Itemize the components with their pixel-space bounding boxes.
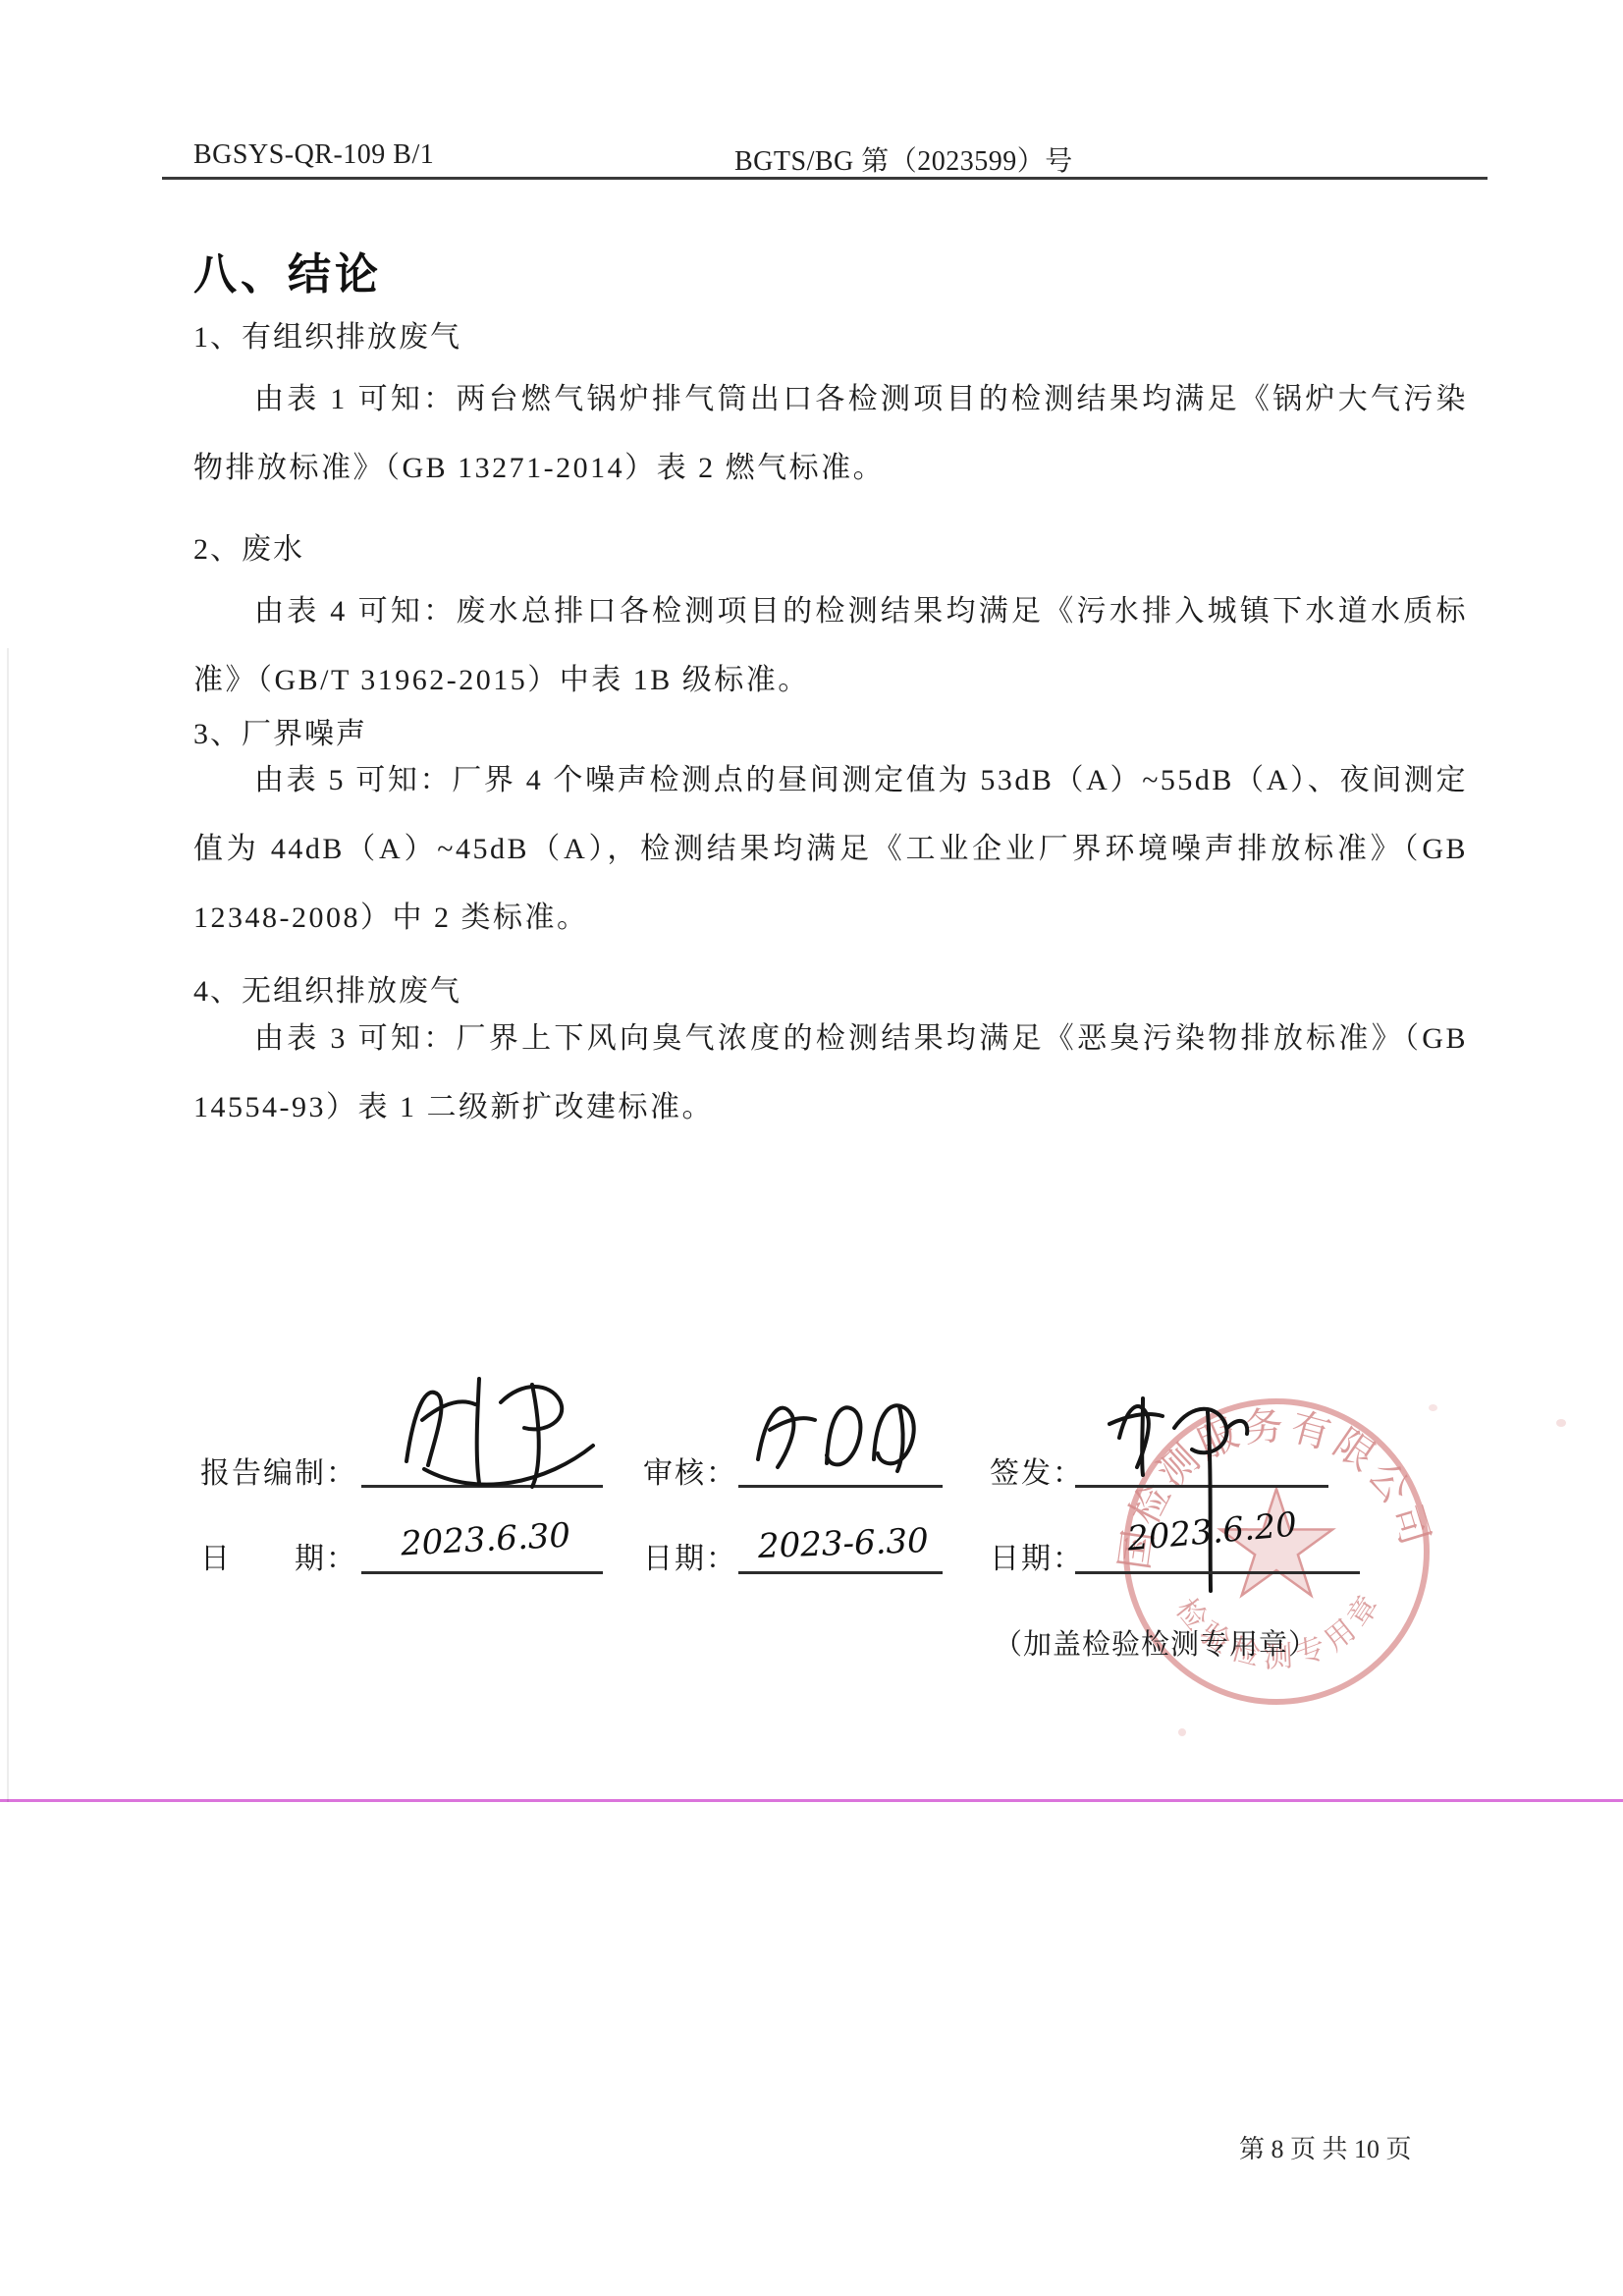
issuer-label: 签发： [990,1449,1084,1492]
header-rule [162,177,1488,180]
section-4-body: 由表 3 可知：厂界上下风向臭气浓度的检测结果均满足《恶臭污染物排放标准》（GB… [193,1005,1468,1142]
handwritten-date-1: 2023.6.30 [400,1515,571,1563]
section-2-body: 由表 4 可知：废水总排口各检测项目的检测结果均满足《污水排入城镇下水道水质标准… [193,577,1468,715]
date-line [1075,1571,1360,1574]
date-line [361,1571,603,1574]
date-label-1: 日 期： [200,1534,357,1577]
handwritten-date-2: 2023-6.30 [757,1521,929,1566]
ink-speck [1429,1404,1437,1411]
prepared-by-label: 报告编制： [200,1449,357,1492]
prepared-by-signature [385,1363,611,1501]
reviewer-label: 审核： [643,1449,737,1492]
ink-speck [1178,1728,1186,1736]
document-page: BGSYS-QR-109 B/1 BGTS/BG 第（2023599）号 八、结… [0,0,1623,2296]
section-1-heading: 1、有组织排放废气 [193,312,461,355]
header-form-code: BGSYS-QR-109 B/1 [193,139,434,171]
header-report-number: BGTS/BG 第（2023599）号 [734,139,1073,179]
date-label-2: 日期： [643,1534,737,1577]
section-2-heading: 2、废水 [193,524,304,568]
scan-artifact-magenta-line [0,1799,1623,1802]
reviewer-signature [742,1373,948,1496]
section-1-body: 由表 1 可知：两台燃气锅炉排气筒出口各检测项目的检测结果均满足《锅炉大气污染物… [193,365,1468,503]
section-3-body: 由表 5 可知：厂界 4 个噪声检测点的昼间测定值为 53dB（A）~55dB（… [193,746,1468,953]
scan-artifact-edge-line [7,648,9,1802]
stamp-note: （加盖检验检测专用章） [994,1622,1318,1663]
date-line [738,1571,943,1574]
section-4-heading: 4、无组织排放废气 [193,966,461,1010]
page-title: 八、结论 [193,239,382,301]
page-number: 第 8 页 共 10 页 [1239,2129,1412,2165]
date-label-3: 日期： [990,1534,1084,1577]
ink-speck [1556,1419,1566,1427]
